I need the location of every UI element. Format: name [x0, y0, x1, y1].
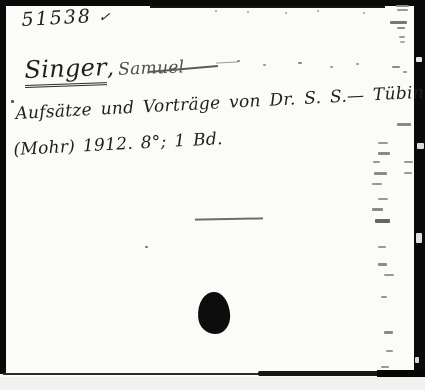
scan-artifact-mark [415, 357, 419, 363]
pen-flourish-stroke-faint [216, 61, 238, 63]
scan-artifact-mark [397, 123, 411, 126]
scan-artifact-mark [247, 11, 249, 13]
scan-artifact-mark [378, 142, 388, 144]
scan-artifact-mark [397, 9, 408, 11]
scan-artifact-mark [215, 10, 217, 12]
stray-pen-dash [195, 217, 263, 220]
scan-artifact-mark [317, 10, 319, 12]
scan-artifact-mark [363, 12, 365, 14]
scan-margin-below-card [0, 377, 425, 390]
scan-artifact-mark [386, 350, 393, 352]
scan-artifact-mark [384, 331, 393, 334]
call-number-value: 51538 [21, 5, 93, 31]
scan-artifact-mark [417, 143, 424, 149]
scan-artifact-mark [374, 172, 387, 175]
scan-artifact-mark [403, 71, 407, 73]
author-surname: Singer [24, 53, 107, 88]
catalog-card-scan: 51538✓ Singer,Samuel Aufsätze und Vorträ… [0, 0, 425, 390]
scan-artifact-mark [392, 66, 400, 68]
scan-artifact-mark [375, 219, 390, 223]
scan-artifact-mark [378, 263, 387, 266]
scan-border-left [0, 0, 6, 374]
imprint-line: (Mohr) 1912. 8°; 1 Bd. [13, 129, 223, 160]
scan-artifact-mark [381, 296, 387, 298]
scan-artifact-mark [400, 41, 405, 43]
scan-artifact-mark [237, 60, 240, 62]
scan-artifact-mark [396, 5, 409, 7]
scan-artifact-mark [372, 208, 383, 211]
checkmark-icon: ✓ [98, 9, 111, 26]
scan-artifact-mark [330, 66, 333, 68]
scan-artifact-mark [263, 64, 266, 66]
scan-border-top-edge [150, 6, 385, 8]
scan-artifact-mark [404, 172, 412, 174]
scan-artifact-mark [298, 62, 302, 64]
scan-artifact-mark [372, 183, 382, 185]
scan-artifact-mark [11, 100, 14, 103]
scan-artifact-mark [378, 198, 388, 200]
card-bottom-edge-shadow [258, 371, 380, 376]
scan-artifact-mark [399, 36, 405, 38]
scan-artifact-mark [384, 274, 394, 276]
scan-artifact-mark [373, 161, 380, 163]
scan-artifact-mark [397, 27, 405, 29]
call-number: 51538✓ [21, 4, 111, 31]
scan-artifact-mark [416, 233, 422, 243]
scan-artifact-mark [145, 246, 148, 248]
title-line: Aufsätze und Vorträge von Dr. S. S.— Tüb… [15, 83, 421, 124]
scan-artifact-mark [378, 152, 390, 155]
scan-artifact-mark [404, 161, 413, 163]
scan-artifact-mark [416, 57, 422, 62]
author-heading: Singer,Samuel [24, 50, 185, 84]
scan-artifact-mark [390, 21, 407, 24]
scan-artifact-mark [378, 246, 386, 248]
scan-artifact-mark [381, 366, 389, 368]
punch-hole [197, 291, 231, 335]
scan-artifact-mark [285, 12, 287, 14]
heading-separator: , [106, 56, 114, 81]
scan-artifact-mark [356, 63, 359, 65]
